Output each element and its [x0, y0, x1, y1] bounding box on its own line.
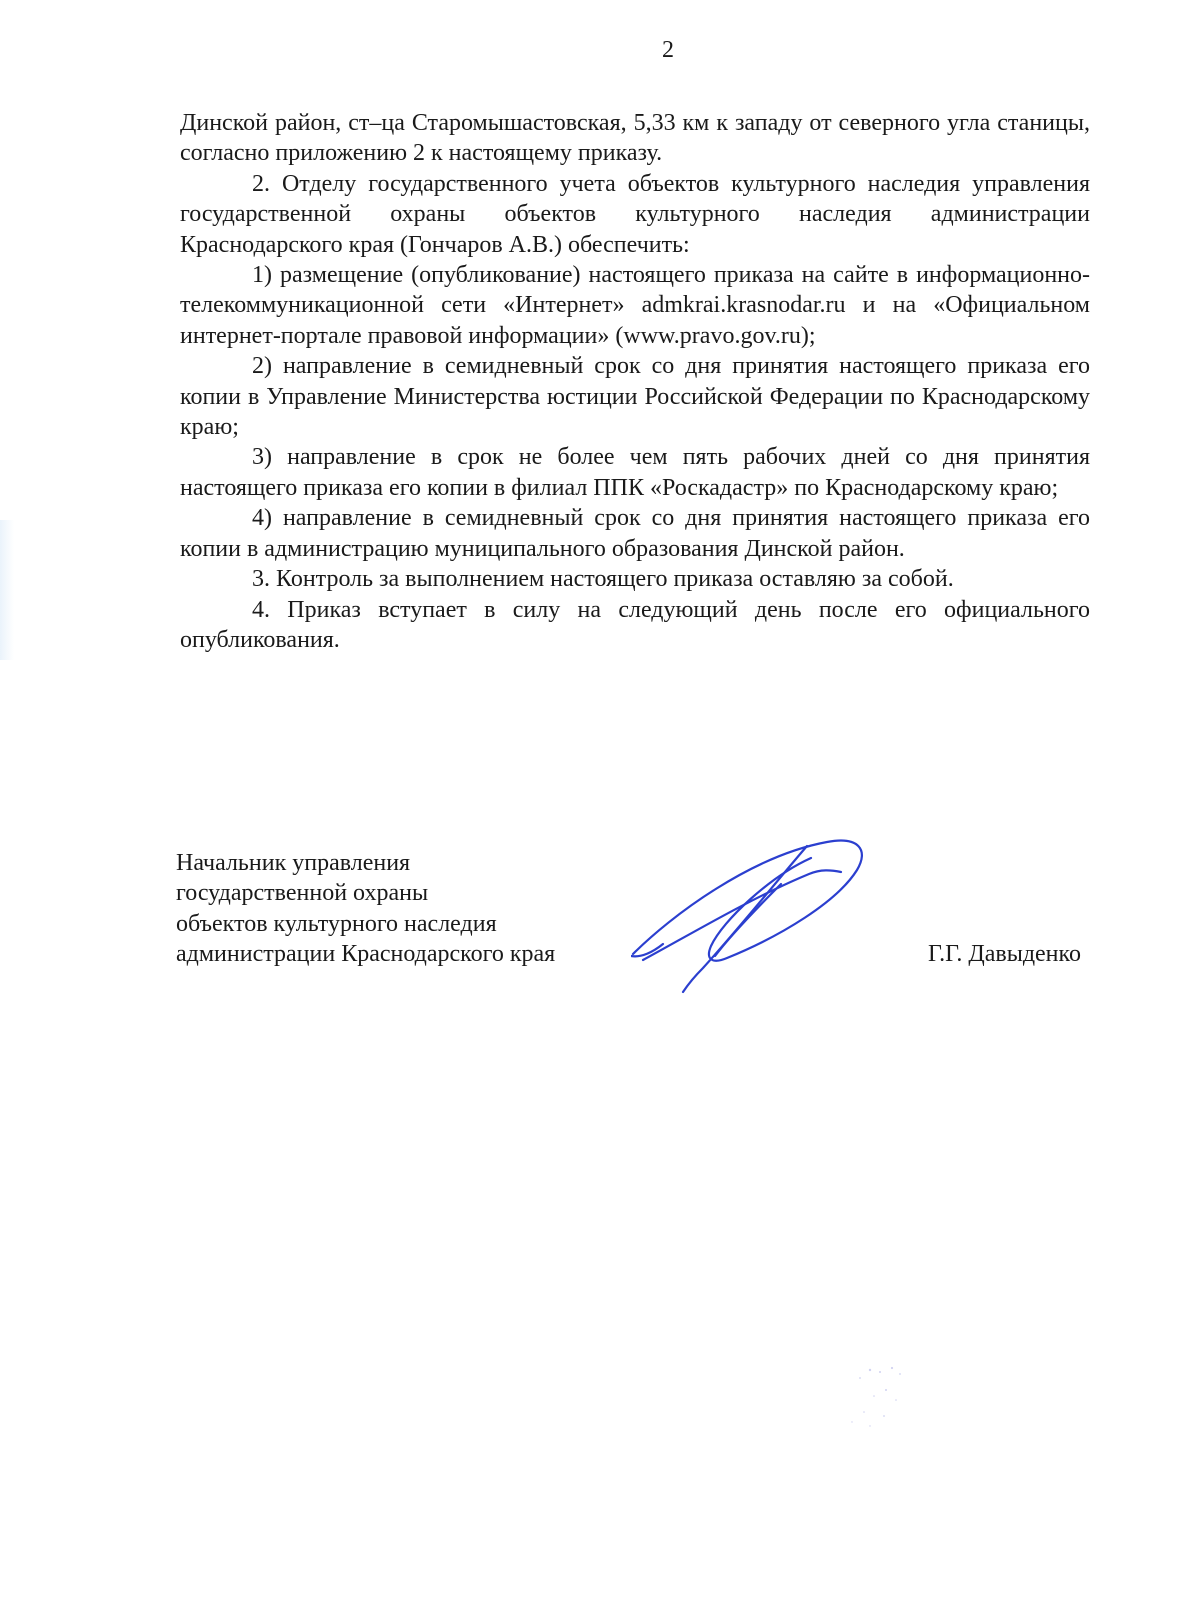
page-number: 2 [0, 36, 1200, 64]
signatory-name: Г.Г. Давыденко [928, 939, 1081, 969]
paragraph-item-2: 2. Отделу государственного учета объекто… [180, 169, 1090, 260]
paragraph-continuation: Динской район, ст–ца Старомышастовская, … [180, 108, 1090, 169]
paragraph-subitem-2: 2) направление в семидневный срок со дня… [180, 351, 1090, 442]
paragraph-item-3: 3. Контроль за выполнением настоящего пр… [180, 564, 1090, 594]
handwritten-signature-icon [631, 836, 871, 996]
paragraph-subitem-3: 3) направление в срок не более чем пять … [180, 442, 1090, 503]
paragraph-item-4: 4. Приказ вступает в силу на следующий д… [180, 595, 1090, 656]
paragraph-subitem-1: 1) размещение (опубликование) настоящего… [180, 260, 1090, 351]
document-body: Динской район, ст–ца Старомышастовская, … [180, 108, 1090, 655]
signature-block: Начальник управления государственной охр… [176, 848, 1096, 1008]
document-page: 2 Динской район, ст–ца Старомышастовская… [0, 0, 1200, 1624]
paragraph-subitem-4: 4) направление в семидневный срок со дня… [180, 503, 1090, 564]
faint-stamp-residue-icon [800, 1330, 940, 1450]
scan-edge-tint [0, 520, 14, 660]
